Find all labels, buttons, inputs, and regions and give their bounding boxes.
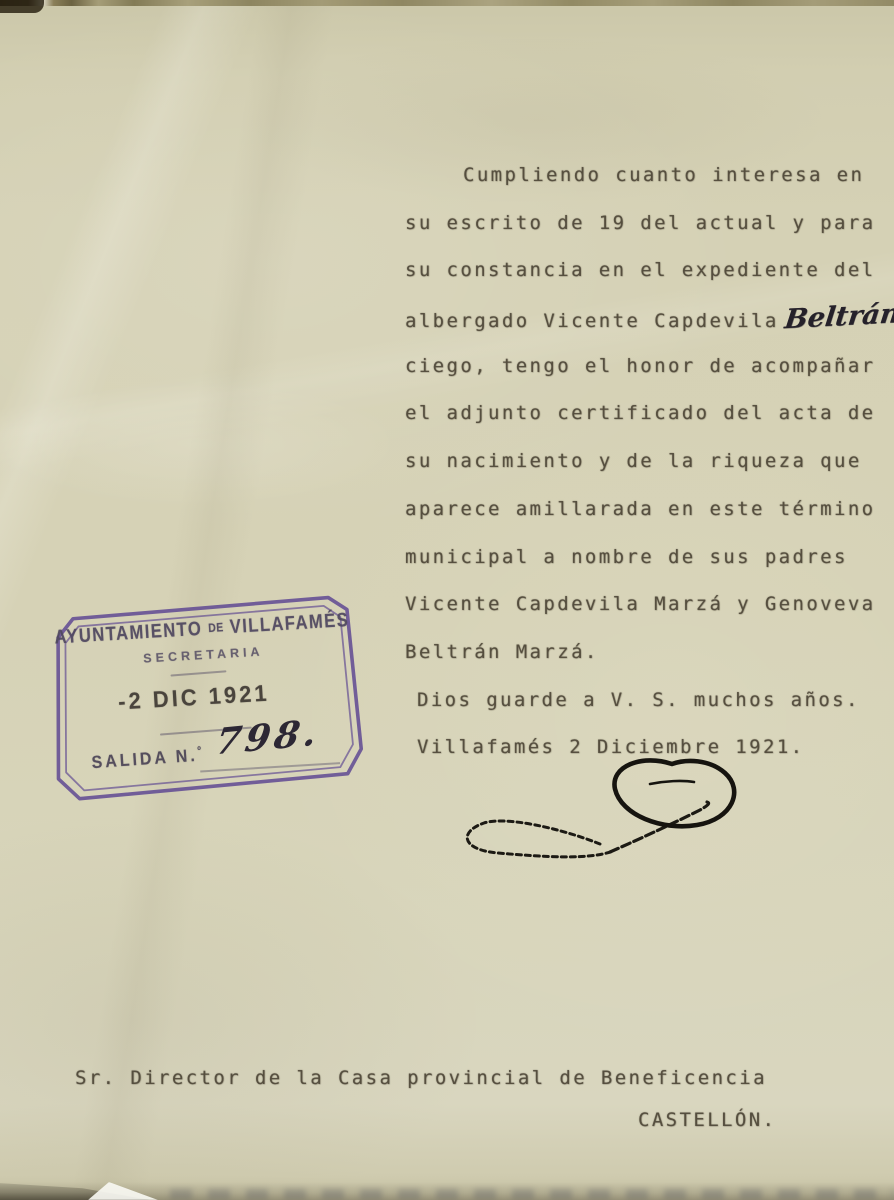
- municipal-registry-stamp: AYUNTAMIENTO DE VILLAFAMÉS SECRETARIA -2…: [41, 593, 372, 806]
- closing-line: Dios guarde a V. S. muchos años.: [417, 677, 894, 725]
- addressee-city: CASTELLÓN.: [638, 1104, 776, 1136]
- body-line: su constancia en el expediente del: [405, 247, 894, 295]
- scan-top-edge: [0, 0, 894, 6]
- showthrough-ghost-text: [170, 1189, 894, 1200]
- addressee-line: Sr. Director de la Casa provincial de Be…: [75, 1062, 767, 1094]
- body-line: ciego, tengo el honor de acompañar: [405, 343, 894, 391]
- stamp-salida-ordinal: º: [197, 745, 204, 758]
- handwritten-surname: Beltrán,: [781, 290, 894, 344]
- signature-flourish: [450, 752, 760, 872]
- stamp-org-de: DE: [208, 621, 224, 635]
- body-line: aparece amillarada en este término: [405, 486, 894, 534]
- signature-flourish-drawing: [450, 752, 760, 872]
- body-line: Cumpliendo cuanto interesa en: [405, 152, 894, 200]
- letter-body: Cumpliendo cuanto interesa en su escrito…: [405, 152, 894, 772]
- scanned-letter-page: { "letter": { "body_lines": [ "Cumpliend…: [0, 0, 894, 1200]
- body-line: su nacimiento y de la riqueza que: [405, 438, 894, 486]
- body-line: su escrito de 19 del actual y para: [405, 200, 894, 248]
- body-line: municipal a nombre de sus padres: [405, 534, 894, 582]
- scan-top-left-corner: [0, 0, 44, 13]
- body-line: el adjunto certificado del acta de: [405, 390, 894, 438]
- body-line: Vicente Capdevila Marzá y Genoveva: [405, 581, 894, 629]
- body-line-text: albergado Vicente Capdevila: [405, 310, 779, 332]
- body-line: albergado Vicente CapdevilaBeltrán,: [405, 295, 894, 343]
- body-line: Beltrán Marzá.: [405, 629, 894, 677]
